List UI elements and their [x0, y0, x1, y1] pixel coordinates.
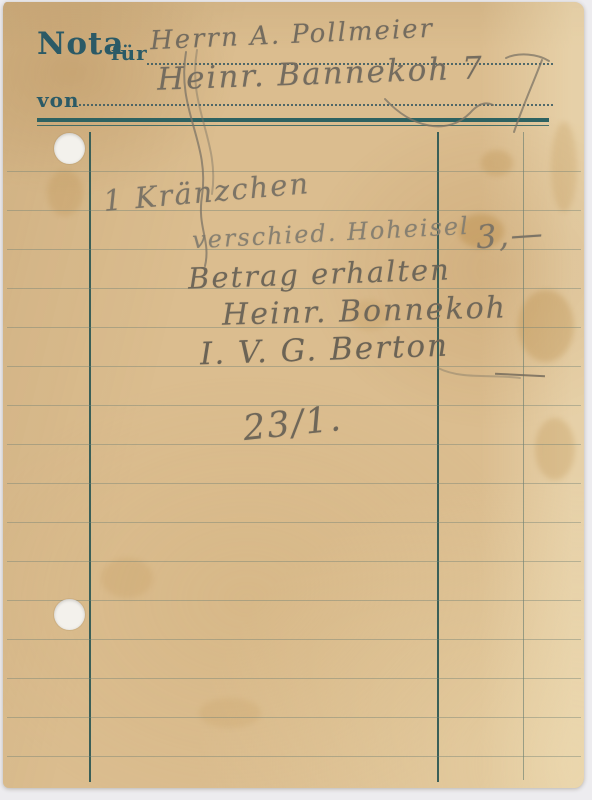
stain-spot: [518, 290, 574, 362]
stain-spot: [551, 122, 577, 212]
punch-hole-bottom: [54, 599, 85, 630]
header-rule-thin: [37, 125, 549, 126]
stain-spot: [481, 150, 513, 176]
fuer-label: für: [111, 41, 148, 65]
von-label: von: [37, 88, 80, 112]
stain-spot: [535, 418, 575, 480]
scanned-nota-receipt: { "document": { "header": { "type_label"…: [0, 0, 592, 800]
stain-spot: [101, 558, 153, 598]
header-rule-thick: [37, 118, 549, 122]
handwritten-amount: 3,—: [475, 214, 546, 257]
handwritten-signature-name: Heinr. Bonnekoh: [222, 290, 508, 332]
stain-spot: [47, 170, 83, 216]
stain-spot: [199, 698, 261, 728]
punch-hole-top: [54, 133, 85, 164]
